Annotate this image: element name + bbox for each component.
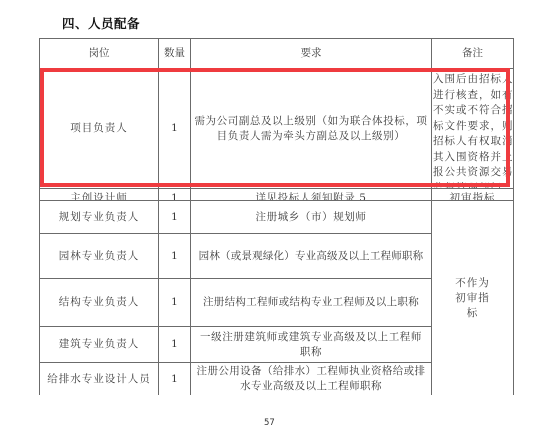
table-row-2-quantity: 1 <box>158 200 190 233</box>
quantity-text: 1 <box>171 372 178 387</box>
position-text: 给排水专业设计人员 <box>47 372 151 387</box>
table-row-3-position: 园林专业负责人 <box>39 233 158 278</box>
header-quantity: 数量 <box>158 38 190 68</box>
requirement-text: 注册城乡（市）规划师 <box>256 210 367 225</box>
table-row-1-remarks: 初审指标 <box>431 188 514 200</box>
quantity-text: 1 <box>171 337 178 352</box>
position-text: 规划专业负责人 <box>59 210 140 225</box>
page-number: 57 <box>264 418 275 428</box>
table-row-3-quantity: 1 <box>158 233 190 278</box>
table-row-1-position: 主创设计师 <box>39 188 158 200</box>
table-row-5-position: 建筑专业负责人 <box>39 326 158 362</box>
table-row-3-requirement: 园林（或景观绿化）专业高级及以上工程师职称 <box>190 233 431 278</box>
header-requirement: 要求 <box>190 38 431 68</box>
table-row-2-position: 规划专业负责人 <box>39 200 158 233</box>
table-row-4-requirement: 注册结构工程师或结构专业工程师及以上职称 <box>190 278 431 326</box>
quantity-text: 1 <box>171 210 178 225</box>
requirement-text: 注册公用设备（给排水）工程师执业资格给或排水专业高级及以上工程师职称 <box>193 364 429 394</box>
requirement-text: 需为公司副总及以上级别（如为联合体投标，项目负责人需为牵头方副总及以上级别） <box>193 114 429 144</box>
merged-remarks: 不作为 初审指 标 <box>431 200 514 395</box>
table-row-4-quantity: 1 <box>158 278 190 326</box>
table-row-6-position: 给排水专业设计人员 <box>39 362 158 395</box>
table-row-6-quantity: 1 <box>158 362 190 395</box>
table-row-0-remarks: 入围后由招标人 进行核查，如有 不实或不符合招 标文件要求，则 招标人有权取消 … <box>431 68 514 188</box>
staffing-table: 岗位 数量 要求 备注 项目负责人 1 需为公司副总及以上级别（如为联合体投标，… <box>39 38 514 395</box>
requirement-text: 一级注册建筑师或建筑专业高级及以上工程师职称 <box>193 330 429 360</box>
position-text: 结构专业负责人 <box>59 295 140 310</box>
header-remarks: 备注 <box>431 38 514 68</box>
table-row-0-position: 项目负责人 <box>39 68 158 188</box>
table-row-0-quantity: 1 <box>158 68 190 188</box>
quantity-text: 1 <box>171 121 178 136</box>
table-row-5-quantity: 1 <box>158 326 190 362</box>
position-text: 园林专业负责人 <box>59 249 140 264</box>
remarks-text: 入围后由招标人 进行核查，如有 不实或不符合招 标文件要求，则 招标人有权取消 … <box>433 72 514 188</box>
header-position: 岗位 <box>39 38 158 68</box>
position-text: 项目负责人 <box>70 121 128 136</box>
table-row-1-requirement: 详见投标人须知附录 5 <box>190 188 431 200</box>
requirement-text: 园林（或景观绿化）专业高级及以上工程师职称 <box>199 249 424 264</box>
section-title: 四、人员配备 <box>62 14 140 32</box>
table-row-1-quantity: 1 <box>158 188 190 200</box>
quantity-text: 1 <box>171 249 178 264</box>
requirement-text: 详见投标人须知附录 5 <box>255 191 366 200</box>
quantity-text: 1 <box>171 191 178 200</box>
table-row-4-position: 结构专业负责人 <box>39 278 158 326</box>
table-row-6-requirement: 注册公用设备（给排水）工程师执业资格给或排水专业高级及以上工程师职称 <box>190 362 431 395</box>
position-text: 主创设计师 <box>70 191 128 200</box>
table-row-2-requirement: 注册城乡（市）规划师 <box>190 200 431 233</box>
table-row-0-requirement: 需为公司副总及以上级别（如为联合体投标，项目负责人需为牵头方副总及以上级别） <box>190 68 431 188</box>
quantity-text: 1 <box>171 295 178 310</box>
table-row-5-requirement: 一级注册建筑师或建筑专业高级及以上工程师职称 <box>190 326 431 362</box>
requirement-text: 注册结构工程师或结构专业工程师及以上职称 <box>203 295 419 310</box>
position-text: 建筑专业负责人 <box>59 337 140 352</box>
merged-remarks-text: 不作为 初审指 标 <box>455 276 490 321</box>
remarks-text: 初审指标 <box>450 191 496 200</box>
